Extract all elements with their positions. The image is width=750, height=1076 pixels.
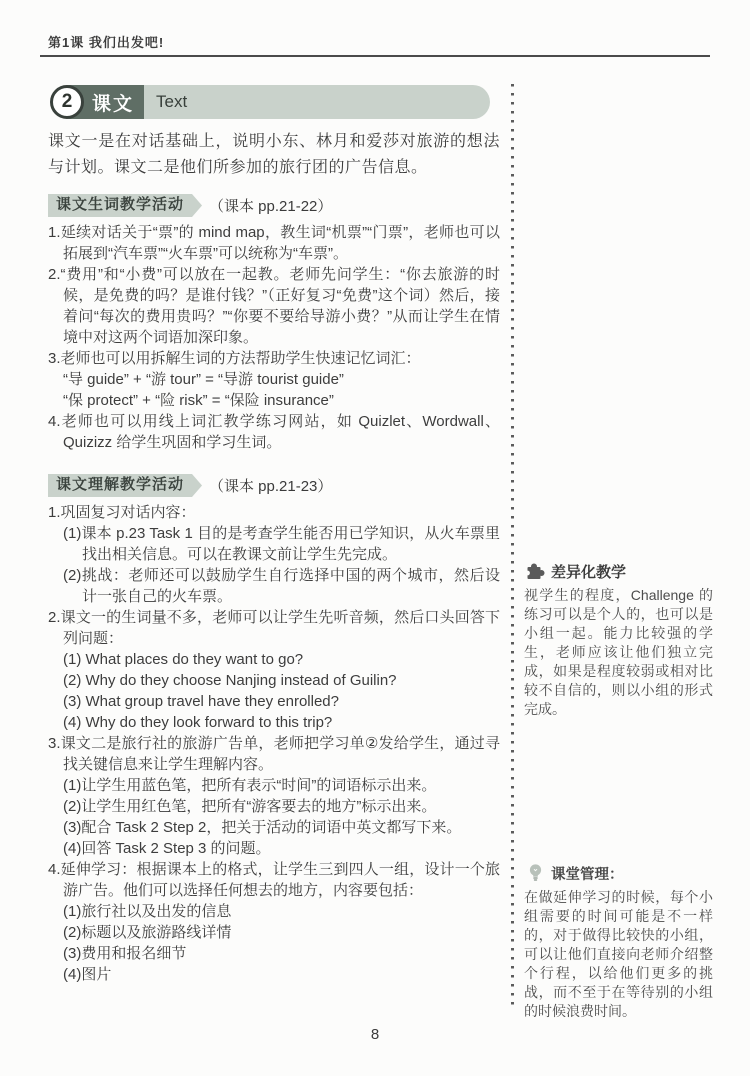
question-item: (1) What places do they want to go? <box>63 649 500 670</box>
sub-item: (2)让学生用红色笔，把所有“游客要去的地方”标示出来。 <box>63 796 500 817</box>
note-body: 视学生的程度，Challenge 的练习可以是个人的，也可以是小组一起。能力比较… <box>524 586 713 719</box>
sidebar-note-classroom-management: 课堂管理： 在做延伸学习的时候，每个小组需要的时间可能是不一样的，对于做得比较快… <box>524 862 713 1021</box>
running-head: 第1课 我们出发吧! <box>48 32 164 51</box>
section-badge-title-en: Text <box>156 85 187 119</box>
section-page-ref: （课本 pp.21-22） <box>209 195 332 216</box>
note-title: 课堂管理： <box>551 863 624 884</box>
note-body: 在做延伸学习的时候，每个小组需要的时间可能是不一样的，对于做得比较快的小组，可以… <box>524 888 713 1021</box>
list-item: 1.巩固复习对话内容： <box>48 502 500 523</box>
list-item: 2.“费用”和“小费”可以放在一起教。老师先问学生：“你去旅游的时候，是免费的吗… <box>48 264 500 348</box>
sub-item: (3)配合 Task 2 Step 2，把关于活动的词语中英文都写下来。 <box>63 817 500 838</box>
lightbulb-icon <box>524 862 546 884</box>
list-item: 2.课文一的生词量不多，老师可以让学生先听音频，然后口头回答下列问题： <box>48 607 500 649</box>
dotted-divider <box>511 84 514 1008</box>
book-page: 第1课 我们出发吧! 课文 Text 2 课文一是在对话基础上，说明小东、林月和… <box>0 0 750 1076</box>
sub-item: (4)图片 <box>63 964 500 985</box>
sub-item: (1)让学生用蓝色笔，把所有表示“时间”的词语标示出来。 <box>63 775 500 796</box>
list-item: 3.老师也可以用拆解生词的方法帮助学生快速记忆词汇： <box>48 348 500 369</box>
section-heading-pill: 课文生词教学活动 <box>48 194 202 217</box>
section-heading-comprehension: 课文理解教学活动 （课本 pp.21-23） <box>48 474 500 497</box>
vocab-activity-list: 1.延续对话关于“票”的 mind map，教生词“机票”“门票”，老师也可以拓… <box>48 222 500 453</box>
question-item: (4) Why do they look forward to this tri… <box>63 712 500 733</box>
section-number-badge: 2 <box>50 85 84 119</box>
question-item: (2) Why do they choose Nanjing instead o… <box>63 670 500 691</box>
list-item: 1.延续对话关于“票”的 mind map，教生词“机票”“门票”，老师也可以拓… <box>48 222 500 264</box>
main-column: 课文 Text 2 课文一是在对话基础上，说明小东、林月和爱莎对旅游的想法与计划… <box>48 84 500 985</box>
sub-item: (4)回答 Task 2 Step 3 的问题。 <box>63 838 500 859</box>
sidebar-note-differentiation: 差异化教学 视学生的程度，Challenge 的练习可以是个人的，也可以是小组一… <box>524 560 713 719</box>
question-item: (3) What group travel have they enrolled… <box>63 691 500 712</box>
puzzle-icon <box>524 560 546 582</box>
list-item: 4.老师也可以用线上词汇教学练习网站，如 Quizlet、Wordwall、Qu… <box>48 411 500 453</box>
section-page-ref: （课本 pp.21-23） <box>209 475 332 496</box>
note-title-row: 课堂管理： <box>524 862 713 884</box>
section-heading-pill: 课文理解教学活动 <box>48 474 202 497</box>
section-badge: 课文 Text 2 <box>48 84 500 120</box>
comprehension-activity-list: 1.巩固复习对话内容： (1)课本 p.23 Task 1 目的是考查学生能否用… <box>48 502 500 985</box>
word-formula: “保 protect” + “险 risk” = “保险 insurance” <box>63 390 500 411</box>
section-heading-vocab: 课文生词教学活动 （课本 pp.21-22） <box>48 194 500 217</box>
word-formula: “导 guide” + “游 tour” = “导游 tourist guide… <box>63 369 500 390</box>
note-title: 差异化教学 <box>551 561 626 582</box>
sub-item: (1)旅行社以及出发的信息 <box>63 901 500 922</box>
page-number: 8 <box>0 1026 750 1043</box>
sub-item: (1)课本 p.23 Task 1 目的是考查学生能否用已学知识，从火车票里找出… <box>63 523 500 565</box>
intro-paragraph: 课文一是在对话基础上，说明小东、林月和爱莎对旅游的想法与计划。课文二是他们所参加… <box>48 129 500 181</box>
running-head-rule <box>40 55 710 57</box>
sub-item: (3)费用和报名细节 <box>63 943 500 964</box>
sub-item: (2)挑战：老师还可以鼓励学生自行选择中国的两个城市，然后设计一张自己的火车票。 <box>63 565 500 607</box>
list-item: 4.延伸学习：根据课本上的格式，让学生三到四人一组，设计一个旅游广告。他们可以选… <box>48 859 500 901</box>
sub-item: (2)标题以及旅游路线详情 <box>63 922 500 943</box>
list-item: 3.课文二是旅行社的旅游广告单，老师把学习单②发给学生，通过寻找关键信息来让学生… <box>48 733 500 775</box>
note-title-row: 差异化教学 <box>524 560 713 582</box>
